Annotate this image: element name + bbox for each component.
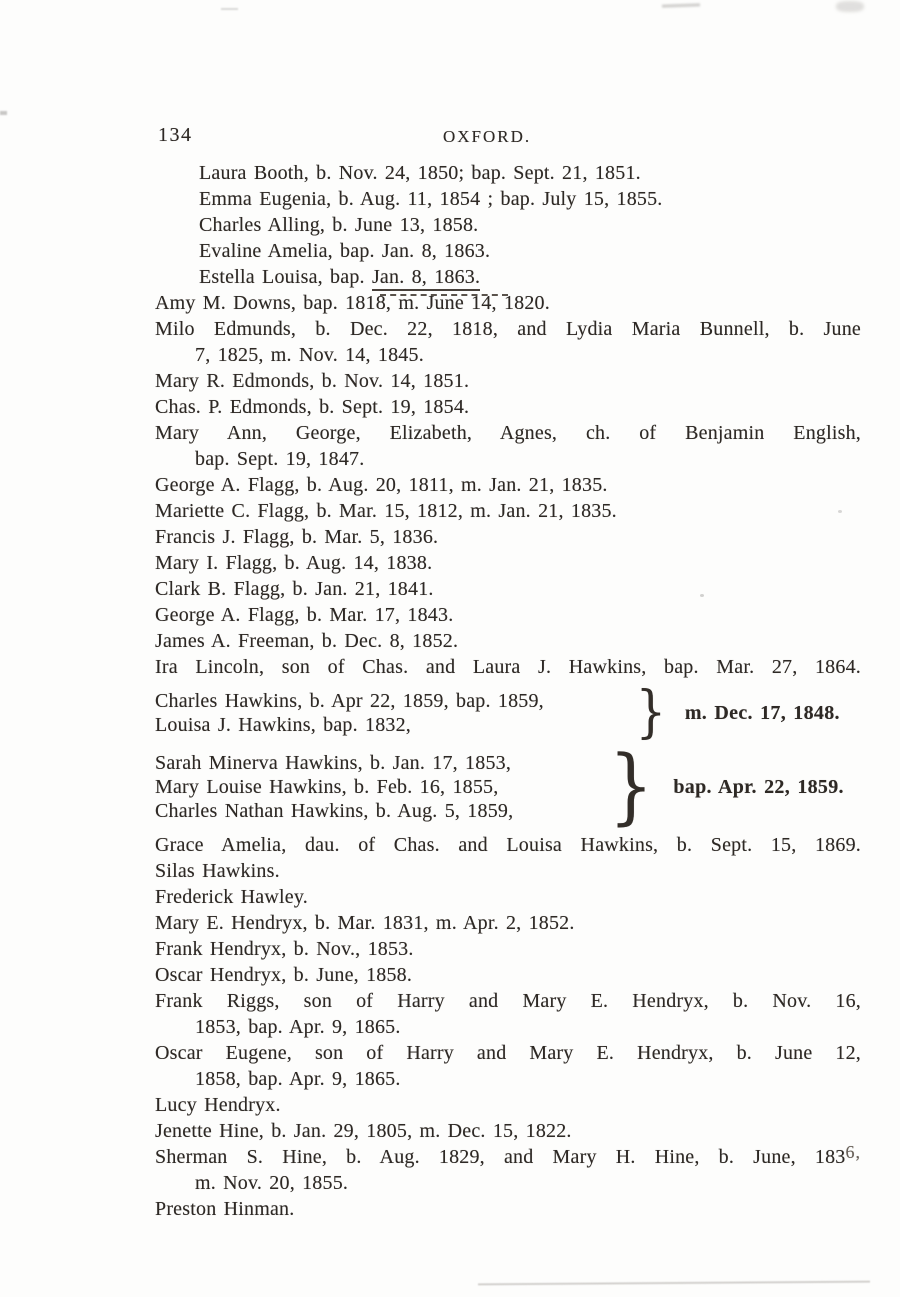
entry-line: Charles Hawkins, b. Apr 22, 1859, bap. 1…	[155, 689, 633, 713]
brace-annotation: bap. Apr. 22, 1859.	[673, 776, 843, 799]
entry-line: Estella Louisa, bap. Jan. 8, 1863.	[155, 264, 861, 290]
scan-artifact	[836, 1, 864, 12]
underlined-date: Jan. 8, 1863.	[372, 266, 480, 291]
entry-line: Mary R. Edmonds, b. Nov. 14, 1851.	[155, 368, 861, 394]
entry-line: Francis J. Flagg, b. Mar. 5, 1836.	[155, 524, 861, 550]
entry-line: Sarah Minerva Hawkins, b. Jan. 17, 1853,	[155, 751, 605, 775]
brace-group-baptism: Sarah Minerva Hawkins, b. Jan. 17, 1853,…	[155, 746, 861, 828]
entry-line: Mary Ann, George, Elizabeth, Agnes, ch. …	[155, 420, 861, 446]
entry-line: Sherman S. Hine, b. Aug. 1829, and Mary …	[155, 1144, 861, 1170]
entry-text: Sherman S. Hine, b. Aug. 1829, and Mary …	[155, 1146, 846, 1168]
entry-line: James A. Freeman, b. Dec. 8, 1852.	[155, 628, 861, 654]
entry-line: Clark B. Flagg, b. Jan. 21, 1841.	[155, 576, 861, 602]
scanned-book-page: 134 OXFORD. Laura Booth, b. Nov. 24, 185…	[0, 0, 900, 1297]
entry-continuation-line: 7, 1825, m. Nov. 14, 1845.	[155, 342, 861, 368]
entry-line: Frank Riggs, son of Harry and Mary E. He…	[155, 988, 861, 1014]
entry-line: Frederick Hawley.	[155, 884, 861, 910]
entry-line: Preston Hinman.	[155, 1196, 861, 1222]
brace-group-lines: Sarah Minerva Hawkins, b. Jan. 17, 1853,…	[155, 751, 605, 823]
entry-line: Silas Hawkins.	[155, 858, 861, 884]
entry-line: George A. Flagg, b. Aug. 20, 1811, m. Ja…	[155, 472, 861, 498]
entry-line: Mary E. Hendryx, b. Mar. 1831, m. Apr. 2…	[155, 910, 861, 936]
entry-line: Charles Alling, b. June 13, 1858.	[155, 212, 861, 238]
entry-continuation-line: 1858, bap. Apr. 9, 1865.	[155, 1066, 861, 1092]
entry-line: Mary Louise Hawkins, b. Feb. 16, 1855,	[155, 775, 605, 799]
page-header-title: OXFORD.	[443, 127, 531, 147]
scan-artifact	[478, 1281, 870, 1286]
entry-line: Louisa J. Hawkins, bap. 1832,	[155, 713, 633, 737]
entry-line: Charles Nathan Hawkins, b. Aug. 5, 1859,	[155, 799, 605, 823]
entry-continuation-line: m. Nov. 20, 1855.	[155, 1170, 861, 1196]
scan-artifact	[221, 8, 238, 10]
brace-group-marriage: Charles Hawkins, b. Apr 22, 1859, bap. 1…	[155, 685, 861, 741]
scan-artifact	[662, 3, 700, 7]
brace-group-lines: Charles Hawkins, b. Apr 22, 1859, bap. 1…	[155, 689, 633, 737]
entry-line: Milo Edmunds, b. Dec. 22, 1818, and Lydi…	[155, 316, 861, 342]
page-number: 134	[158, 124, 193, 147]
entry-line: Chas. P. Edmonds, b. Sept. 19, 1854.	[155, 394, 861, 420]
entry-continuation-line: 1853, bap. Apr. 9, 1865.	[155, 1014, 861, 1040]
scan-artifact	[0, 111, 7, 115]
entry-line: Laura Booth, b. Nov. 24, 1850; bap. Sept…	[155, 160, 861, 186]
genealogy-entry-list: Laura Booth, b. Nov. 24, 1850; bap. Sept…	[155, 160, 861, 1222]
entry-line: Oscar Hendryx, b. June, 1858.	[155, 962, 861, 988]
brace-annotation: m. Dec. 17, 1848.	[685, 702, 840, 725]
entry-line: Emma Eugenia, b. Aug. 11, 1854 ; bap. Ju…	[155, 186, 861, 212]
entry-line: Evaline Amelia, bap. Jan. 8, 1863.	[155, 238, 861, 264]
entry-line: Mary I. Flagg, b. Aug. 14, 1838.	[155, 550, 861, 576]
brace-icon: }	[609, 746, 654, 828]
entry-line: Oscar Eugene, son of Harry and Mary E. H…	[155, 1040, 861, 1066]
entry-continuation-line: bap. Sept. 19, 1847.	[155, 446, 861, 472]
entry-text: Estella Louisa, bap.	[199, 266, 372, 288]
brace-icon: }	[636, 685, 666, 741]
entry-line: Ira Lincoln, son of Chas. and Laura J. H…	[155, 654, 861, 680]
entry-line: Jenette Hine, b. Jan. 29, 1805, m. Dec. …	[155, 1118, 861, 1144]
entry-line: Frank Hendryx, b. Nov., 1853.	[155, 936, 861, 962]
print-defect-digit: 6,	[846, 1142, 862, 1162]
entry-line: Grace Amelia, dau. of Chas. and Louisa H…	[155, 832, 861, 858]
entry-line: Mariette C. Flagg, b. Mar. 15, 1812, m. …	[155, 498, 861, 524]
entry-line: Lucy Hendryx.	[155, 1092, 861, 1118]
entry-line: George A. Flagg, b. Mar. 17, 1843.	[155, 602, 861, 628]
